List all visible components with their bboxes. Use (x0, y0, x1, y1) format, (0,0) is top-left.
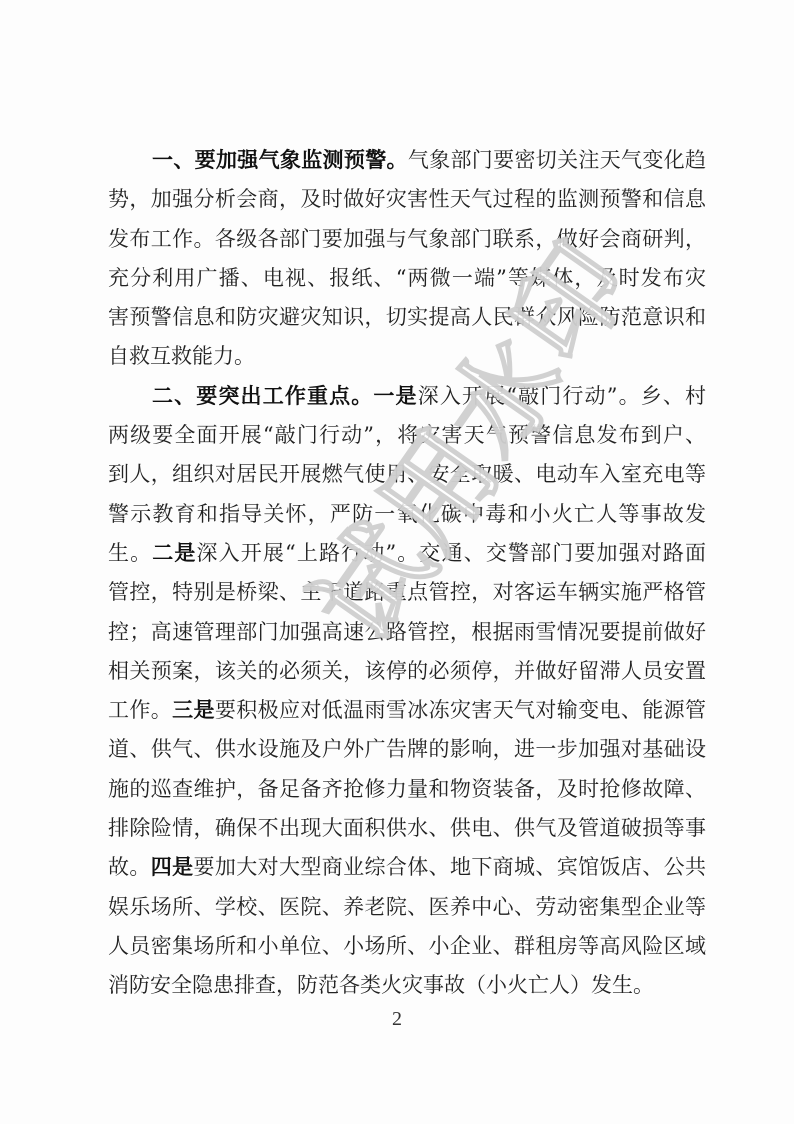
paragraph-2-line-10: 道、供气、供水设施及户外广告牌的影响，进一步加强对基础设 (108, 730, 706, 769)
paragraph-1-line-2: 势，加强分析会商，及时做好灾害性天气过程的监测预警和信息 (108, 180, 706, 219)
paragraph-2-line-4: 警示教育和指导关怀，严防一氧化碳中毒和小火亡人等事故发 (108, 495, 706, 534)
paragraph-2-line-16: 消防安全隐患排查，防范各类火灾事故（小火亡人）发生。 (108, 966, 706, 1005)
paragraph-1-line-4: 充分利用广播、电视、报纸、“两微一端”等媒体，及时发布灾 (108, 259, 706, 298)
paragraph-2-line-13: 故。四是要加大对大型商业综合体、地下商城、宾馆饭店、公共 (108, 848, 706, 887)
paragraph-2-line-15: 人员密集场所和小单位、小场所、小企业、群租房等高风险区域 (108, 927, 706, 966)
paragraph-2-line-1: 二、要突出工作重点。一是深入开展“敲门行动”。乡、村 (108, 377, 706, 416)
paragraph-1-line-6: 自救互救能力。 (108, 337, 706, 376)
paragraph-2-line-3: 到人，组织对居民开展燃气使用、安全取暖、电动车入室充电等 (108, 455, 706, 494)
paragraph-2-line-12: 排除险情，确保不出现大面积供水、供电、供气及管道破损等事 (108, 809, 706, 848)
document-page: 一、要加强气象监测预警。气象部门要密切关注天气变化趋 势，加强分析会商，及时做好… (0, 0, 794, 1124)
paragraph-1-line-3: 发布工作。各级各部门要加强与气象部门联系，做好会商研判， (108, 220, 706, 259)
page-number: 2 (0, 1008, 794, 1031)
document-body: 一、要加强气象监测预警。气象部门要密切关注天气变化趋 势，加强分析会商，及时做好… (108, 141, 706, 1006)
paragraph-2-line-6: 管控，特别是桥梁、主干道路重点管控，对客运车辆实施严格管 (108, 573, 706, 612)
paragraph-2-line-11: 施的巡查维护，备足备齐抢修力量和物资装备，及时抢修故障、 (108, 770, 706, 809)
point-label-4: 四是 (151, 855, 194, 879)
paragraph-1-line-5: 害预警信息和防灾避灾知识，切实提高人民群众风险防范意识和 (108, 298, 706, 337)
paragraph-2-line-5: 生。二是深入开展“上路行动”。交通、交警部门要加强对路面 (108, 534, 706, 573)
paragraph-2-line-14: 娱乐场所、学校、医院、养老院、医养中心、劳动密集型企业等 (108, 888, 706, 927)
point-label-2: 二是 (152, 541, 196, 565)
paragraph-1-line-1: 一、要加强气象监测预警。气象部门要密切关注天气变化趋 (108, 141, 706, 180)
paragraph-2-line-7: 控；高速管理部门加强高速公路管控，根据雨雪情况要提前做好 (108, 613, 706, 652)
section-heading-2: 二、要突出工作重点。一是 (152, 384, 418, 408)
paragraph-2-line-9: 工作。三是要积极应对低温雨雪冰冻灾害天气对输变电、能源管 (108, 691, 706, 730)
point-label-3: 三是 (172, 698, 215, 722)
section-heading-1: 一、要加强气象监测预警。 (152, 148, 408, 172)
paragraph-2-line-2: 两级要全面开展“敲门行动”，将灾害天气预警信息发布到户、 (108, 416, 706, 455)
paragraph-2-line-8: 相关预案，该关的必须关，该停的必须停，并做好留滞人员安置 (108, 652, 706, 691)
